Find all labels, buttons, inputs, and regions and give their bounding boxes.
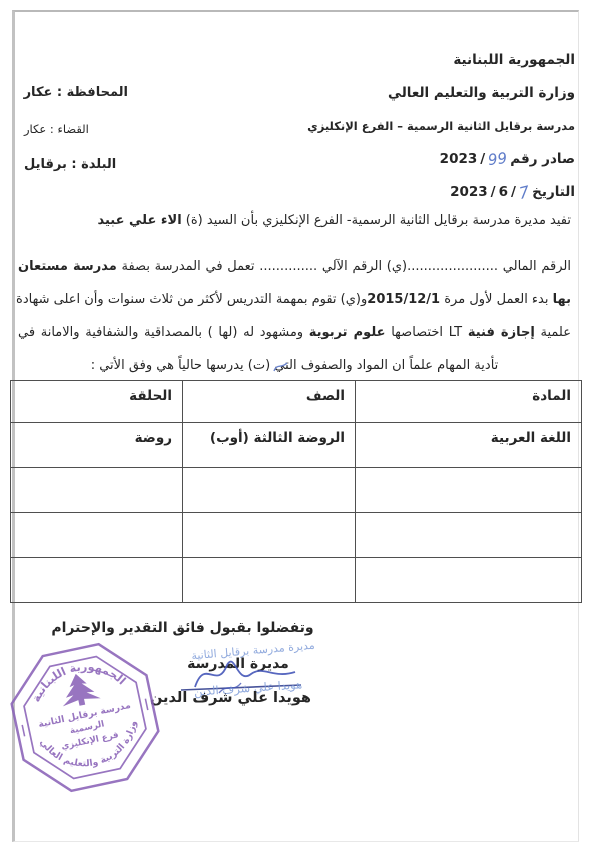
header-right: الجمهورية اللبنانية وزارة التربية والتعل… [307,44,575,209]
degree-name-bold: إجازة فنية [468,325,535,340]
closing-phrase: وتفضلوا بقبول فائق التقدير والإحترام [40,620,325,636]
cell-class [183,468,356,513]
town-field: البلدة : برقايل [24,150,128,186]
cell-cycle [11,468,183,513]
republic-title: الجمهورية اللبنانية [307,44,575,77]
person-name: الاء علي عبيد [97,213,181,228]
intro-text: تفيد مديرة مدرسة برقايل الثانية الرسمية-… [186,213,571,228]
table-row [11,558,582,603]
table-header-row: المادة الصف الحلقة [11,381,582,423]
ministry-title: وزارة التربية والتعليم العالي [307,77,575,110]
body-line-4: تأدية المهام علماً ان المواد والصفوف الت… [18,349,571,382]
cell-subject [356,513,582,558]
cell-subject: اللغة العربية [356,423,582,468]
date-slash-1: / [511,176,516,209]
body-line-3: علمية إجازة فنية LT اختصاصها علوم تربوية… [18,316,571,349]
issued-number-line: صادر رقم 99 / 2023 [307,143,575,176]
cell-subject [356,558,582,603]
commendation-text: ومشهود له (لها ) بالمصداقية والشفافية وا… [18,325,303,340]
body-line-2: بها بدء العمل لأول مرة 2015/12/1و(ي) تقو… [18,283,571,316]
scanned-document: { "doc": { "header_right": { "republic":… [0,0,591,850]
subjects-table: المادة الصف الحلقة اللغة العربية الروضة … [10,380,582,603]
column-header-subject: المادة [356,381,582,423]
issued-number-handwritten: 99 [486,142,509,177]
stray-pen-mark [272,361,290,373]
date-line: التاريخ 7 / 6 / 2023 [307,176,575,209]
start-date-bold: 2015/12/1 [367,292,440,307]
issued-year: 2023 [440,143,478,176]
cell-cycle [11,558,183,603]
teaching-experience-text: و(ي) تقوم بمهمة التدريس لأكثر من ثلاث سن… [16,292,367,307]
status-suffix-bold: بها [553,292,571,307]
table-row [11,513,582,558]
column-header-cycle: الحلقة [11,381,183,423]
degree-prefix: علمية [541,325,571,340]
table-row: اللغة العربية الروضة الثالثة (أوب) روضة [11,423,582,468]
cell-class [183,513,356,558]
degree-abbrev: LT [449,325,462,340]
issued-slash: / [480,143,485,176]
date-year: 2023 [450,176,488,209]
specialty-label: اختصاصها [391,325,443,340]
issued-prefix: صادر رقم [510,143,575,176]
school-name: مدرسة برقايل الثانية الرسمية – الفرع الإ… [307,110,575,143]
specialty-bold: علوم تربوية [309,325,386,340]
cell-cycle [11,513,183,558]
start-work-text: بدء العمل لأول مرة [444,292,548,307]
column-header-class: الصف [183,381,356,423]
official-octagonal-seal: الجمهورية اللبنانية مدرسة برقايل الثانية… [0,625,178,809]
date-day-handwritten: 7 [517,175,532,210]
body-line-1: الرقم المالي ......................(ي) ا… [18,250,571,283]
table-row [11,468,582,513]
seal-right-divider [145,699,147,710]
body-paragraph: الرقم المالي ......................(ي) ا… [18,250,571,382]
intro-paragraph: تفيد مديرة مدرسة برقايل الثانية الرسمية-… [20,210,571,232]
seal-center-line3: فرع الإنكليزي [60,730,119,752]
cell-cycle: روضة [11,423,183,468]
cell-subject [356,468,582,513]
cell-class: الروضة الثالثة (أوب) [183,423,356,468]
date-slash-2: / [491,176,496,209]
date-month: 6 [499,176,508,209]
body-line1-text: الرقم المالي ......................(ي) ا… [122,259,571,274]
date-label: التاريخ [532,176,575,209]
teacher-status-bold: مدرسة مستعان [18,259,117,274]
district-field: القضاء : عكار [24,114,128,150]
header-left: المحافظة : عكار القضاء : عكار البلدة : ب… [24,78,128,186]
cell-class [183,558,356,603]
governorate-field: المحافظة : عكار [24,78,128,114]
seal-left-divider [22,725,24,736]
